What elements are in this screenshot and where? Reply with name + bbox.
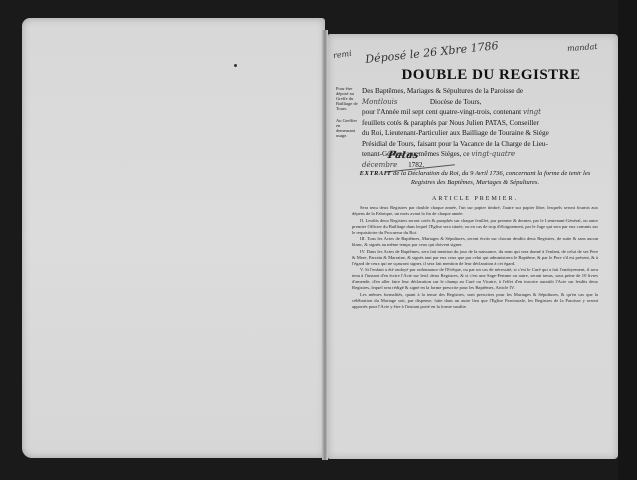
- body-line: Des Baptêmes, Mariages & Sépultures de l…: [362, 87, 523, 95]
- handwritten-parish: Montlouis: [362, 98, 398, 106]
- extrait-heading: EXTRAIT de la Déclaration du Roi, du 9 A…: [350, 170, 600, 187]
- article-paragraph: Les mêmes formalités, quant à la tenue d…: [352, 292, 598, 310]
- body-line: du Roi, Lieutenant-Particulier aux Baill…: [362, 129, 549, 137]
- signature: Patas: [387, 150, 419, 161]
- handwritten-count: vingt: [523, 108, 541, 116]
- article-paragraph: V. Si l'enfant a été ondoyé par ordonnan…: [352, 267, 598, 291]
- margin-note-greffe: Pour être déposé au Greffe du Bailliage …: [336, 86, 358, 111]
- article-paragraph: II. Lesdits deux Registres seront cotés …: [352, 218, 598, 236]
- handwritten-day: vingt-quatre: [471, 150, 515, 158]
- register-title: DOUBLE DU REGISTRE: [386, 67, 596, 84]
- article-paragraph: III. Tous les Actes de Baptêmes, Mariage…: [352, 236, 598, 248]
- articles-text: Sera tenu deux Registres par double chaq…: [352, 205, 598, 310]
- body-line: feuillets cotés & paraphés par Nous Juli…: [362, 119, 539, 127]
- article-paragraph: IV. Dans les Actes de Baptêmes, sera fai…: [352, 249, 598, 267]
- background-edge: [618, 0, 637, 480]
- extrait-label: EXTRAIT: [360, 170, 392, 177]
- ink-speck: [234, 64, 237, 67]
- body-line: Présidial de Tours, faisant pour la Vaca…: [362, 140, 548, 148]
- body-line: Diocèse de Tours,: [430, 98, 481, 106]
- left-page-blank: [22, 18, 325, 458]
- body-line: pour l'Année mil sept cent quatre-vingt-…: [362, 108, 521, 116]
- margin-note-greffier: Au Greffier en demeurant usage.: [336, 118, 358, 138]
- article-paragraph: Sera tenu deux Registres par double chaq…: [352, 205, 598, 217]
- article-heading: ARTICLE PREMIER.: [350, 196, 600, 202]
- extrait-text: de la Déclaration du Roi, du 9 Avril 173…: [393, 170, 590, 186]
